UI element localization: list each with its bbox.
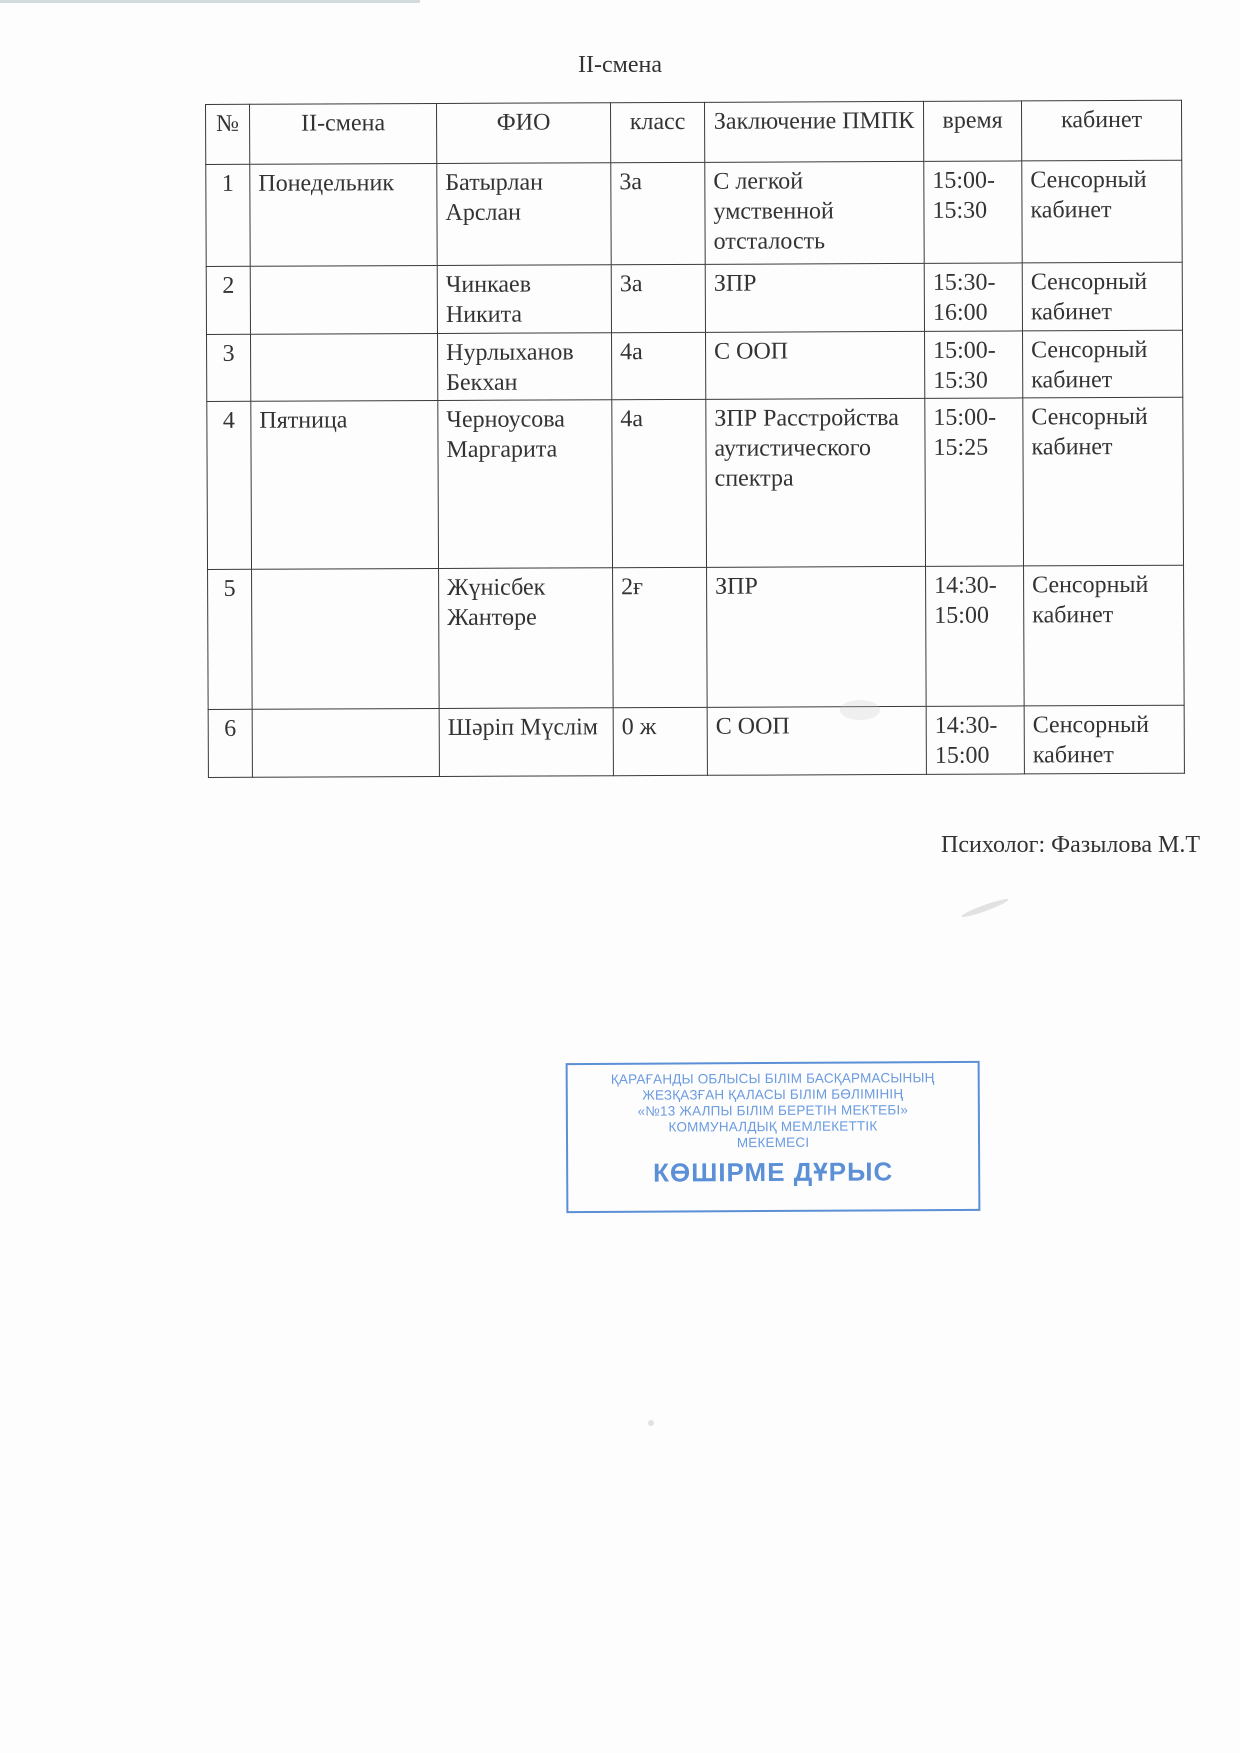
row-num: 3 xyxy=(207,334,251,401)
table-row: 1ПонедельникБатырлан Арслан3аС легкой ум… xyxy=(206,160,1182,266)
row-room: Сенсорный кабинет xyxy=(1024,565,1185,706)
table-header-row: № II-смена ФИО класс Заключение ПМПК вре… xyxy=(206,100,1182,164)
schedule-table: № II-смена ФИО класс Заключение ПМПК вре… xyxy=(205,100,1185,778)
row-conclusion: С легкой умственной отсталость xyxy=(705,161,924,264)
table-row: 5Жүнісбек Жантөре2ғЗПР14:30-15:00Сенсорн… xyxy=(208,565,1185,709)
row-class: 2ғ xyxy=(613,567,708,707)
row-num: 4 xyxy=(207,401,252,569)
row-time: 15:00-15:25 xyxy=(925,398,1024,566)
header-shift: II-смена xyxy=(250,103,437,164)
row-num: 5 xyxy=(208,569,253,709)
row-fio: Батырлан Арслан xyxy=(437,163,611,266)
row-conclusion: ЗПР xyxy=(705,263,924,332)
official-stamp: ҚАРАҒАНДЫ ОБЛЫСЫ БІЛІМ БАСҚАРМАСЫНЫҢ ЖЕЗ… xyxy=(566,1061,981,1213)
row-room: Сенсорный кабинет xyxy=(1024,705,1184,774)
row-conclusion: ЗПР Расстройства аутистического спектра xyxy=(706,398,926,567)
scan-speck xyxy=(840,700,880,720)
row-day xyxy=(251,333,438,401)
row-num: 6 xyxy=(208,709,252,777)
row-room: Сенсорный кабинет xyxy=(1022,160,1182,263)
row-time: 15:00-15:30 xyxy=(924,331,1022,398)
row-time: 15:00-15:30 xyxy=(924,161,1022,263)
row-room: Сенсорный кабинет xyxy=(1023,397,1184,566)
header-num: № xyxy=(206,104,250,164)
row-time: 15:30-16:00 xyxy=(924,263,1022,331)
header-fio: ФИО xyxy=(436,103,610,164)
scan-edge xyxy=(0,0,420,3)
table-row: 6Шәріп Мүслім0 жС ООП14:30-15:00Сенсорны… xyxy=(208,705,1184,777)
row-conclusion: С ООП xyxy=(707,706,926,775)
row-conclusion: С ООП xyxy=(706,331,925,399)
row-class: 4а xyxy=(612,399,707,567)
row-day: Понедельник xyxy=(250,163,437,266)
row-fio: Чинкаев Никита xyxy=(437,265,611,334)
table-row: 2Чинкаев Никита3аЗПР15:30-16:00Сенсорный… xyxy=(206,262,1182,334)
scan-speck xyxy=(960,897,1009,920)
table-row: 3Нурлыханов Бекхан4аС ООП15:00-15:30Сенс… xyxy=(207,330,1183,401)
row-fio: Шәріп Мүслім xyxy=(439,708,613,777)
header-conclusion: Заключение ПМПК xyxy=(704,101,923,162)
row-num: 2 xyxy=(206,266,250,334)
row-room: Сенсорный кабинет xyxy=(1022,262,1182,331)
row-fio: Черноусова Маргарита xyxy=(438,400,613,569)
row-room: Сенсорный кабинет xyxy=(1022,330,1182,398)
stamp-line: ҚАРАҒАНДЫ ОБЛЫСЫ БІЛІМ БАСҚАРМАСЫНЫҢ xyxy=(568,1070,978,1088)
row-conclusion: ЗПР xyxy=(707,566,927,707)
row-day xyxy=(252,708,439,777)
header-time: время xyxy=(923,101,1021,161)
scan-speck xyxy=(648,1420,654,1426)
row-class: 4а xyxy=(612,332,706,399)
row-time: 14:30-15:00 xyxy=(926,706,1024,774)
signature: Психолог: Фазылова М.Т xyxy=(941,832,1200,859)
stamp-main-text: КӨШІРМЕ ДҰРЫС xyxy=(568,1156,978,1189)
stamp-line: МЕКЕМЕСІ xyxy=(568,1134,978,1152)
row-class: 3а xyxy=(611,264,705,332)
header-class: класс xyxy=(610,102,704,162)
row-day xyxy=(250,265,437,334)
row-time: 14:30-15:00 xyxy=(926,566,1025,706)
row-class: 3а xyxy=(611,162,705,264)
row-fio: Жүнісбек Жантөре xyxy=(439,568,614,709)
row-num: 1 xyxy=(206,164,250,266)
row-class: 0 ж xyxy=(613,707,707,775)
row-day xyxy=(252,568,440,709)
table-row: 4ПятницаЧерноусова Маргарита4аЗПР Расстр… xyxy=(207,397,1184,569)
row-day: Пятница xyxy=(251,400,439,569)
document-title: II-смена xyxy=(0,52,1240,79)
row-fio: Нурлыханов Бекхан xyxy=(438,333,612,401)
header-room: кабинет xyxy=(1021,100,1181,161)
